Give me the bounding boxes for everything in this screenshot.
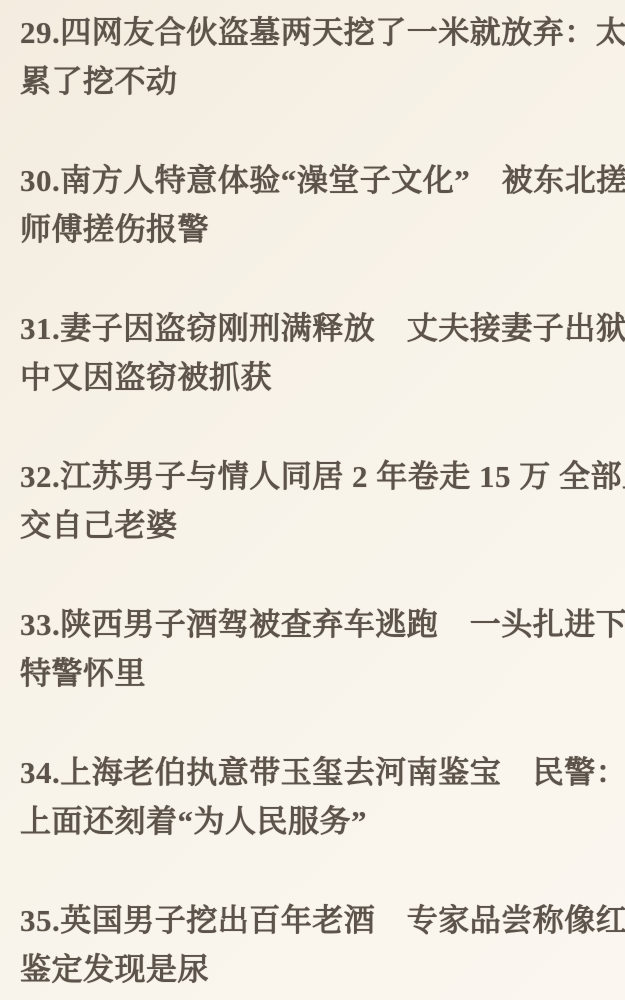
headline-item-29: 29.四网友合伙盗墓两天挖了一米就放弃：太 累了挖不动 <box>20 8 607 106</box>
headline-line: 30.南方人特意体验“澡堂子文化” 被东北搓澡 <box>20 156 607 205</box>
headline-line: 鉴定发现是尿 <box>20 945 607 994</box>
headline-line: 特警怀里 <box>20 649 607 698</box>
headline-item-33: 33.陕西男子酒驾被查弃车逃跑 一头扎进下班 特警怀里 <box>20 600 607 698</box>
headline-line: 师傅搓伤报警 <box>20 205 607 254</box>
headline-line: 累了挖不动 <box>20 57 607 106</box>
headline-line: 35.英国男子挖出百年老酒 专家品尝称像红酒 <box>20 896 607 945</box>
headline-line: 33.陕西男子酒驾被查弃车逃跑 一头扎进下班 <box>20 600 607 649</box>
headline-item-30: 30.南方人特意体验“澡堂子文化” 被东北搓澡 师傅搓伤报警 <box>20 156 607 254</box>
headline-item-31: 31.妻子因盗窃刚刑满释放 丈夫接妻子出狱途 中又因盗窃被抓获 <box>20 304 607 402</box>
headline-item-34: 34.上海老伯执意带玉玺去河南鉴宝 民警：这 上面还刻着“为人民服务” <box>20 748 607 846</box>
headline-line: 29.四网友合伙盗墓两天挖了一米就放弃：太 <box>20 8 607 57</box>
headline-item-32: 32.江苏男子与情人同居 2 年卷走 15 万 全部上 交自己老婆 <box>20 452 607 550</box>
headline-item-35: 35.英国男子挖出百年老酒 专家品尝称像红酒 鉴定发现是尿 <box>20 896 607 994</box>
headline-line: 中又因盗窃被抓获 <box>20 353 607 402</box>
headline-list-page: 29.四网友合伙盗墓两天挖了一米就放弃：太 累了挖不动 30.南方人特意体验“澡… <box>0 0 625 1000</box>
headline-line: 32.江苏男子与情人同居 2 年卷走 15 万 全部上 <box>20 452 607 501</box>
headline-line: 交自己老婆 <box>20 501 607 550</box>
headline-line: 34.上海老伯执意带玉玺去河南鉴宝 民警：这 <box>20 748 607 797</box>
headline-line: 上面还刻着“为人民服务” <box>20 797 607 846</box>
headline-line: 31.妻子因盗窃刚刑满释放 丈夫接妻子出狱途 <box>20 304 607 353</box>
